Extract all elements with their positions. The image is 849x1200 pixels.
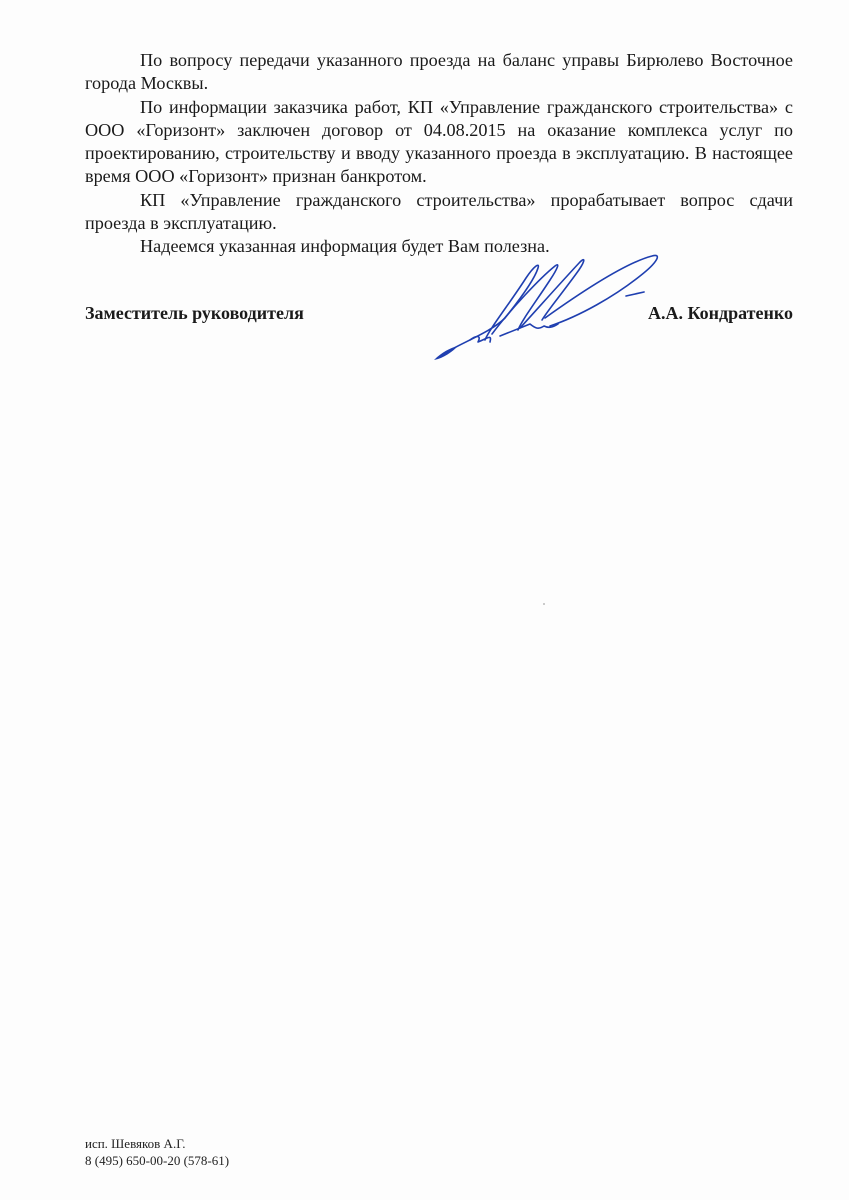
paragraph-contract-info: По информации заказчика работ, КП «Управ…: [85, 96, 793, 189]
signature-block: Заместитель руководителя А.А. Кондратенк…: [85, 303, 793, 333]
paragraph-balance-transfer: По вопросу передачи указанного проезда н…: [85, 49, 793, 96]
document-page: По вопросу передачи указанного проезда н…: [0, 0, 849, 1200]
letter-body: По вопросу передачи указанного проезда н…: [85, 49, 793, 259]
executor-phone: 8 (495) 650-00-20 (578-61): [85, 1153, 229, 1170]
scan-speck: [543, 603, 545, 605]
executor-footer: исп. Шевяков А.Г. 8 (495) 650-00-20 (578…: [85, 1136, 229, 1169]
signatory-name: А.А. Кондратенко: [648, 303, 793, 324]
signatory-title: Заместитель руководителя: [85, 303, 304, 324]
paragraph-commissioning: КП «Управление гражданского строительств…: [85, 189, 793, 236]
executor-name: исп. Шевяков А.Г.: [85, 1136, 229, 1153]
